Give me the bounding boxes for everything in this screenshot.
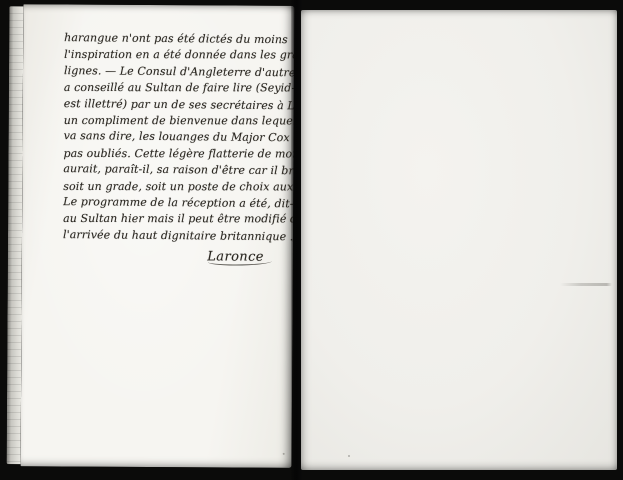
handwritten-line: au Sultan hier mais il peut être modifié… (63, 211, 290, 228)
handwritten-line: Le programme de la réception a été, dit-… (63, 194, 290, 213)
left-page: harangue n'ont pas été dictés du moinsl'… (7, 4, 295, 468)
handwritten-line: est illettré) par un de ses secrétaires … (64, 96, 291, 115)
handwritten-line: l'inspiration en a été donnée dans les g… (64, 47, 291, 64)
left-page-surface: harangue n'ont pas été dictés du moinsl'… (21, 4, 295, 468)
handwritten-line: soit un grade, soit un poste de choix au… (63, 179, 290, 196)
handwritten-line: aurait, paraît-il, sa raison d'être car … (63, 161, 290, 180)
faint-smudge (560, 283, 612, 286)
handwritten-line: a conseillé au Sultan de faire lire (Sey… (64, 80, 291, 97)
scanned-document: harangue n'ont pas été dictés du moinsl'… (0, 0, 623, 480)
dust-speck (348, 455, 350, 457)
handwritten-line: va sans dire, les louanges du Major Cox … (64, 129, 291, 148)
right-page (301, 10, 617, 470)
handwritten-line: harangue n'ont pas été dictés du moins (64, 30, 291, 49)
signature: Laronce (63, 249, 290, 265)
handwritten-line: pas oubliés. Cette légère flatterie de m… (63, 146, 290, 163)
handwritten-line: l'arrivée du haut dignitaire britannique… (63, 227, 290, 246)
handwritten-line: un compliment de bienvenue dans lequel, … (64, 113, 291, 130)
dust-speck (283, 453, 285, 455)
handwritten-line: lignes. — Le Consul d'Angleterre d'autre… (64, 63, 291, 82)
handwritten-text-block: harangue n'ont pas été dictés du moinsl'… (63, 30, 291, 265)
handwritten-lines: harangue n'ont pas été dictés du moinsl'… (63, 30, 291, 245)
